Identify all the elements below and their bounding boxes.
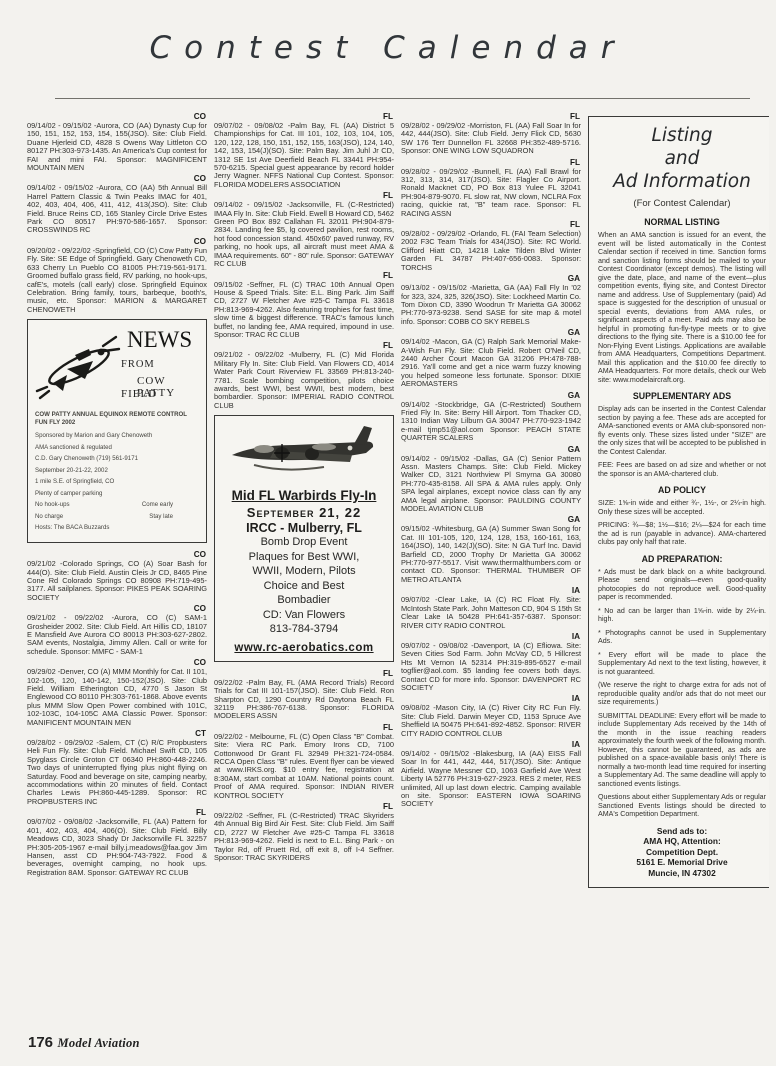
send-ads-address: Send ads to: AMA HQ, Attention: Competit… — [598, 826, 766, 879]
contest-listing: GA09/14/02 -Macon, GA (C) Ralph Sark Mem… — [401, 328, 581, 388]
listing-column-2: FL09/07/02 - 09/08/02 -Palm Bay, FL (AA)… — [214, 112, 394, 1034]
info-paragraph: PRICING: ¾—$8; 1½—$16; 2¼—$24 for each t… — [598, 521, 766, 547]
contest-listing: GA09/14/02 -Stockbridge, GA (C-Restricte… — [401, 391, 581, 443]
listing-text: 09/28/02 - 09/29/02 -Salem, CT (C) R/C P… — [27, 739, 207, 806]
info-paragraph: Display ads can be inserted in the Conte… — [598, 405, 766, 456]
page-footer: 176 Model Aviation — [28, 1034, 140, 1052]
address-line: Competition Dept. — [598, 847, 766, 858]
cow-patty-ad: NEWS FROM COW PATTY FIELD COW PATTY ANNU… — [27, 319, 207, 543]
ad-line: CD: Van Flowers — [220, 608, 388, 623]
listing-text: 09/14/02 - 09/15/02 -Dallas, GA (C) Seni… — [401, 455, 581, 514]
info-column: Listing and Ad Information (For Contest … — [588, 112, 769, 1034]
section-heading-ad-policy: AD POLICY — [598, 485, 766, 495]
listing-group: CO09/21/02 -Colorado Springs, CO (A) Soa… — [27, 550, 207, 877]
listing-group: FL09/07/02 - 09/08/02 -Palm Bay, FL (AA)… — [214, 112, 394, 410]
magazine-page: Contest Calendar CO09/14/02 - 09/15/02 -… — [0, 0, 776, 1066]
info-title: Listing and Ad Information — [598, 124, 766, 193]
contest-listing: IA09/07/02 - 09/08/02 -Davenport, IA (C)… — [401, 632, 581, 692]
header-rule — [55, 98, 750, 99]
info-paragraph: SUBMITTAL DEADLINE: Every effort will be… — [598, 712, 766, 789]
page-number: 176 — [28, 1034, 53, 1051]
contest-listing: CO09/20/02 - 09/22/02 -Springfield, CO (… — [27, 237, 207, 314]
contest-listing: FL09/21/02 - 09/22/02 -Mulberry, FL (C) … — [214, 341, 394, 410]
cow-patty-ad-body: COW PATTY ANNUAL EQUINOX REMOTE CONTROL … — [35, 411, 199, 534]
contest-listing: GA09/15/02 -Whitesburg, GA (A) Summer Sw… — [401, 515, 581, 584]
contest-listing: CT09/28/02 - 09/29/02 -Salem, CT (C) R/C… — [27, 729, 207, 806]
listing-text: 09/14/02 - 09/15/02 -Blakesburg, IA (AA)… — [401, 750, 581, 809]
info-paragraph: (We reserve the right to charge extra fo… — [598, 681, 766, 707]
contest-listing: IA09/14/02 - 09/15/02 -Blakesburg, IA (A… — [401, 740, 581, 809]
listing-text: 09/15/02 -Seffner, FL (C) TRAC 10th Annu… — [214, 281, 394, 340]
listing-text: 09/22/02 -Seffner, FL (C-Restricted) TRA… — [214, 812, 394, 862]
ad-line: Stay late — [149, 511, 173, 523]
info-paragraph: When an AMA sanction is issued for an ev… — [598, 231, 766, 384]
listing-text: 09/22/02 - Melbourne, FL (C) Open Class … — [214, 733, 394, 800]
info-subtitle: (For Contest Calendar) — [598, 198, 766, 209]
listing-ad-information-box: Listing and Ad Information (For Contest … — [588, 116, 769, 888]
ad-subhead-from: FROM — [121, 359, 155, 370]
contest-listing: FL09/22/02 -Seffner, FL (C-Restricted) T… — [214, 802, 394, 862]
address-line: AMA HQ, Attention: — [598, 836, 766, 847]
listing-column-1: CO09/14/02 - 09/15/02 -Aurora, CO (AA) D… — [27, 112, 207, 1034]
page-title: Contest Calendar — [0, 30, 776, 66]
cartoon-airplane-illustration — [33, 325, 125, 405]
listing-text: 09/20/02 - 09/22/02 -Springfield, CO (C)… — [27, 247, 207, 314]
contest-listing: GA09/13/02 - 09/15/02 -Marietta, GA (AA)… — [401, 274, 581, 326]
listing-text: 09/14/02 - 09/15/02 -Jacksonville, FL (C… — [214, 201, 394, 268]
info-paragraph: * Photographs cannot be used in Suppleme… — [598, 629, 766, 646]
listing-text: 09/07/02 - 09/08/02 -Palm Bay, FL (AA) D… — [214, 122, 394, 189]
info-paragraph: * Every effort will be made to place the… — [598, 651, 766, 677]
ad-headline: NEWS — [127, 327, 192, 353]
listing-text: 09/13/02 - 09/15/02 -Marietta, GA (AA) F… — [401, 284, 581, 326]
ad-line: AMA sanctioned & regulated — [35, 442, 199, 454]
state-label: FL — [214, 271, 394, 281]
warbirds-ad: Mid FL Warbirds Fly-In September 21, 22 … — [214, 415, 394, 662]
ad-line: C.D. Gary Chenoweth (719) 561-9171 — [35, 453, 199, 465]
listing-group: CO09/14/02 - 09/15/02 -Aurora, CO (AA) D… — [27, 112, 207, 314]
listing-text: 09/07/02 - 09/08/02 -Jacksonville, FL (A… — [27, 818, 207, 877]
ad-line: Plaques for Best WWI, — [220, 550, 388, 565]
magazine-name: Model Aviation — [57, 1036, 139, 1050]
listing-column-3: FL09/28/02 - 09/29/02 -Morriston, FL (AA… — [401, 112, 581, 1034]
listing-text: 09/21/02 -Colorado Springs, CO (A) Soar … — [27, 560, 207, 602]
ad-subhead-field2: FIELD — [121, 388, 157, 400]
listing-text: 09/21/02 - 09/22/02 -Aurora, CO (C) SAM-… — [27, 614, 207, 656]
listing-text: 09/14/02 - 09/15/02 -Aurora, CO (AA) Dyn… — [27, 122, 207, 172]
listing-text: 09/28/02 - 09/29/02 -Morriston, FL (AA) … — [401, 122, 581, 156]
ad-line: Bombadier — [220, 593, 388, 608]
listing-text: 09/21/02 - 09/22/02 -Mulberry, FL (C) Mi… — [214, 351, 394, 410]
ad-line: Hosts: The BACA Buzzards — [35, 522, 199, 534]
address-line: Muncie, IN 47302 — [598, 868, 766, 879]
ad-date: September 21, 22 — [220, 505, 388, 520]
listing-text: 09/14/02 -Stockbridge, GA (C-Restricted)… — [401, 401, 581, 443]
listing-text: 09/07/02 -Clear Lake, IA (C) RC Float Fl… — [401, 596, 581, 630]
section-heading-ad-preparation: AD PREPARATION: — [598, 554, 766, 564]
contest-listing: FL09/22/02 -Palm Bay, FL (AMA Record Tri… — [214, 669, 394, 721]
listing-text: 09/29/02 -Denver, CO (A) MMM Monthly for… — [27, 668, 207, 727]
contest-listing: CO09/21/02 -Colorado Springs, CO (A) Soa… — [27, 550, 207, 602]
info-title-line: and — [598, 147, 766, 170]
info-paragraph: * No ad can be larger than 1⅝-in. wide b… — [598, 607, 766, 624]
contest-listing: IA09/08/02 -Mason City, IA (C) River Cit… — [401, 694, 581, 738]
ad-line: Bomb Drop Event — [220, 535, 388, 550]
ad-line: WWII, Modern, Pilots — [220, 564, 388, 579]
address-line: 5161 E. Memorial Drive — [598, 857, 766, 868]
listing-text: 09/14/02 -Macon, GA (C) Ralph Sark Memor… — [401, 338, 581, 388]
contest-listing: FL09/28/02 - 09/29/02 -Morriston, FL (AA… — [401, 112, 581, 156]
ad-title: Mid FL Warbirds Fly-In — [220, 488, 388, 503]
contest-listing: CO09/29/02 -Denver, CO (A) MMM Monthly f… — [27, 658, 207, 727]
contest-listing: FL09/14/02 - 09/15/02 -Jacksonville, FL … — [214, 191, 394, 268]
contest-listing: FL09/28/02 - 09/29/02 -Bunnell, FL (AA) … — [401, 158, 581, 218]
ad-line: September 20-21-22, 2002 — [35, 465, 199, 477]
info-title-line: Listing — [598, 124, 766, 147]
info-paragraph: FEE: Fees are based on ad size and wheth… — [598, 461, 766, 478]
contest-listing: CO09/14/02 - 09/15/02 -Aurora, CO (AA) 5… — [27, 174, 207, 234]
cow-patty-ad-header: NEWS FROM COW PATTY FIELD — [35, 325, 199, 403]
contest-listing: FL09/07/02 - 09/08/02 -Jacksonville, FL … — [27, 808, 207, 877]
listing-text: 09/22/02 -Palm Bay, FL (AMA Record Trial… — [214, 679, 394, 721]
contest-listing: FL09/28/02 - 09/29/02 -Orlando, FL (FAI … — [401, 220, 581, 272]
info-paragraph: Questions about either Supplementary Ads… — [598, 793, 766, 819]
listing-text: 09/14/02 - 09/15/02 -Aurora, CO (AA) 5th… — [27, 184, 207, 234]
contest-listing: FL09/15/02 -Seffner, FL (C) TRAC 10th An… — [214, 271, 394, 340]
address-line: Send ads to: — [598, 826, 766, 837]
contest-listing: FL09/22/02 - Melbourne, FL (C) Open Clas… — [214, 723, 394, 800]
ad-line-pair: No charge Stay late — [35, 511, 199, 523]
contest-calendar-columns: CO09/14/02 - 09/15/02 -Aurora, CO (AA) D… — [27, 112, 769, 1034]
section-heading-supplementary-ads: SUPPLEMENTARY ADS — [598, 391, 766, 401]
ad-line: No hook-ups — [35, 499, 70, 511]
listing-text: 09/15/02 -Whitesburg, GA (A) Summer Swan… — [401, 525, 581, 584]
listing-text: 09/07/02 - 09/08/02 -Davenport, IA (C) E… — [401, 642, 581, 692]
listing-text: 09/28/02 - 09/29/02 -Orlando, FL (FAI Te… — [401, 230, 581, 272]
contest-listing: CO09/14/02 - 09/15/02 -Aurora, CO (AA) D… — [27, 112, 207, 172]
listing-group: FL09/22/02 -Palm Bay, FL (AMA Record Tri… — [214, 669, 394, 863]
ad-line: Come early — [142, 499, 173, 511]
ad-line: Choice and Best — [220, 579, 388, 594]
ad-location: IRCC - Mulberry, FL — [220, 521, 388, 535]
contest-listing: IA09/07/02 -Clear Lake, IA (C) RC Float … — [401, 586, 581, 630]
ad-phone: 813-784-3794 — [220, 622, 388, 637]
ad-line: COW PATTY ANNUAL EQUINOX REMOTE CONTROL … — [35, 411, 199, 426]
ad-line: No charge — [35, 511, 63, 523]
contest-listing: FL09/07/02 - 09/08/02 -Palm Bay, FL (AA)… — [214, 112, 394, 189]
listing-text: 09/08/02 -Mason City, IA (C) River City … — [401, 704, 581, 738]
ad-line: Sponsored by Marion and Gary Chenoweth — [35, 430, 199, 442]
section-heading-normal-listing: NORMAL LISTING — [598, 217, 766, 227]
info-paragraph: SIZE: 1⅝-in wide and either ¾-, 1½-, or … — [598, 499, 766, 516]
ad-line-pair: No hook-ups Come early — [35, 499, 199, 511]
ad-line: Plenty of camper parking — [35, 488, 199, 500]
listing-text: 09/28/02 - 09/29/02 -Bunnell, FL (AA) Fa… — [401, 168, 581, 218]
bomber-airplane-illustration — [224, 419, 384, 481]
info-paragraph: * Ads must be dark black on a white back… — [598, 568, 766, 602]
info-title-line: Ad Information — [598, 170, 766, 193]
ad-website: www.rc-aerobatics.com — [220, 642, 388, 654]
contest-listing: GA09/14/02 - 09/15/02 -Dallas, GA (C) Se… — [401, 445, 581, 514]
ad-line: 1 mile S.E. of Springfield, CO — [35, 476, 199, 488]
listing-group: FL09/28/02 - 09/29/02 -Morriston, FL (AA… — [401, 112, 581, 809]
contest-listing: CO09/21/02 - 09/22/02 -Aurora, CO (C) SA… — [27, 604, 207, 656]
